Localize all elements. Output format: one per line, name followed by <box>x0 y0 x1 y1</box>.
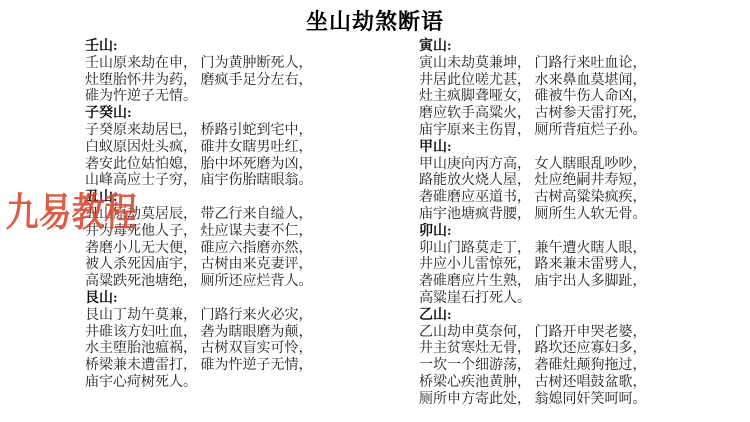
mountain-section: 壬山:壬山原来劫在申， 门为黄肿断死人，灶堕胎怀井为药， 磨疯手足分左右，碓为忤… <box>85 39 313 106</box>
verse-line: 庙宇心疴树死人。 <box>85 375 313 392</box>
verse-line: 桥梁心疾池黄肿， 古树还唱鼓盆歌， <box>419 375 647 392</box>
mountain-section: 寅山:寅山未劫莫兼坤， 门路行来吐血论，井居此位嗟尤甚， 水来鼻血莫堪闻，灶主疯… <box>419 39 647 140</box>
page-title: 坐山劫煞断语 <box>0 5 750 36</box>
verse-line: 磨应软手高粱火， 古树参天雷打死， <box>419 106 647 123</box>
verse-line: 井主贫寒灶无骨， 路坎还应寡妇多， <box>419 341 647 358</box>
verse-line: 桥梁兼未遭雷打， 碓为忤逆子无情， <box>85 358 313 375</box>
verse-line: 壬山原来劫在申， 门为黄肿断死人， <box>85 56 313 73</box>
mountain-section: 子癸山:子癸原来劫居巳， 桥路引蛇到宅中，白蚁原因灶头疯， 碓井女瞎男吐红，砻安… <box>85 106 313 190</box>
verse-line: 井为毒死他人子， 灶应谋夫妻不仁， <box>85 224 313 241</box>
section-heading: 甲山: <box>419 140 647 157</box>
verse-line: 寅山未劫莫兼坤， 门路行来吐血论， <box>419 56 647 73</box>
verse-line: 白蚁原因灶头疯， 碓井女瞎男吐红， <box>85 140 313 157</box>
section-heading: 壬山: <box>85 39 313 56</box>
verse-line: 砻碓磨应片生熟， 庙宇出人多脚趾， <box>419 274 647 291</box>
verse-line: 灶主疯脚聋哑女， 碓被牛伤人命凶， <box>419 89 647 106</box>
section-heading: 丑山: <box>85 190 313 207</box>
verse-line: 高粱崖石打死人。 <box>419 291 647 308</box>
verse-line: 砻磨小儿无大便， 碓应六指磨亦然， <box>85 241 313 258</box>
verse-line: 碓为忤逆子无情。 <box>85 89 313 106</box>
verse-line: 丑山原劫莫居辰， 带乙行来自缢人， <box>85 207 313 224</box>
verse-line: 庙宇池塘疯背腰， 厕所生人软无骨。 <box>419 207 647 224</box>
mountain-section: 丑山:丑山原劫莫居辰， 带乙行来自缢人，井为毒死他人子， 灶应谋夫妻不仁，砻磨小… <box>85 190 313 291</box>
mountain-section: 甲山:甲山庚向丙方高， 女人瞎眼乱吵吵，路能放火烧人屋， 灶应绝嗣井寿短，砻碓磨… <box>419 140 647 224</box>
mountain-section: 卯山:卯山门路莫走丁， 兼午遭火瞎人眼，井应小儿雷惊死， 路来兼未雷劈人，砻碓磨… <box>419 224 647 308</box>
verse-line: 庙宇原来主伤胃， 厕所背疽烂子孙。 <box>419 123 647 140</box>
verse-line: 井居此位嗟尤甚， 水来鼻血莫堪闻， <box>419 73 647 90</box>
verse-line: 砻碓磨应巫道书， 古树高粱染疯疾， <box>419 190 647 207</box>
verse-line: 灶堕胎怀井为药， 磨疯手足分左右， <box>85 73 313 90</box>
verse-line: 一坎一个细游荡， 砻碓灶颠狗拖过， <box>419 358 647 375</box>
verse-line: 井应小儿雷惊死， 路来兼未雷劈人， <box>419 257 647 274</box>
mountain-section: 艮山:艮山丁劫午莫兼， 门路行来火必灾，井碓该方妇吐血， 砻为瞎眼磨为颠，水主堕… <box>85 291 313 392</box>
verse-line: 厕所申方寄此处， 翁媳同奸笑呵呵。 <box>419 392 647 409</box>
verse-line: 被人杀死因庙宇， 古树由来克妻评， <box>85 257 313 274</box>
verse-line: 艮山丁劫午莫兼， 门路行来火必灾， <box>85 308 313 325</box>
verse-line: 乙山劫申莫奈何， 门路开申哭老婆， <box>419 325 647 342</box>
section-heading: 艮山: <box>85 291 313 308</box>
verse-line: 山峰高应士子穷， 庙宇伤胎瞎眼翁。 <box>85 173 313 190</box>
verse-line: 井碓该方妇吐血， 砻为瞎眼磨为颠， <box>85 325 313 342</box>
right-column: 寅山:寅山未劫莫兼坤， 门路行来吐血论，井居此位嗟尤甚， 水来鼻血莫堪闻，灶主疯… <box>419 39 647 409</box>
verse-line: 甲山庚向丙方高， 女人瞎眼乱吵吵， <box>419 157 647 174</box>
section-heading: 卯山: <box>419 224 647 241</box>
verse-line: 卯山门路莫走丁， 兼午遭火瞎人眼， <box>419 241 647 258</box>
section-heading: 乙山: <box>419 308 647 325</box>
mountain-section: 乙山:乙山劫申莫奈何， 门路开申哭老婆，井主贫寒灶无骨， 路坎还应寡妇多，一坎一… <box>419 308 647 409</box>
verse-line: 子癸原来劫居巳， 桥路引蛇到宅中， <box>85 123 313 140</box>
verse-line: 水主堕胎池瘟祸， 古树双盲实可怜， <box>85 341 313 358</box>
verse-line: 路能放火烧人屋， 灶应绝嗣井寿短， <box>419 173 647 190</box>
section-heading: 子癸山: <box>85 106 313 123</box>
section-heading: 寅山: <box>419 39 647 56</box>
verse-line: 高粱跌死池塘绝， 厕所还应烂背人。 <box>85 274 313 291</box>
verse-line: 砻安此位姑怕媳， 胎中坏死磨为凶， <box>85 157 313 174</box>
left-column: 壬山:壬山原来劫在申， 门为黄肿断死人，灶堕胎怀井为药， 磨疯手足分左右，碓为忤… <box>85 39 313 392</box>
